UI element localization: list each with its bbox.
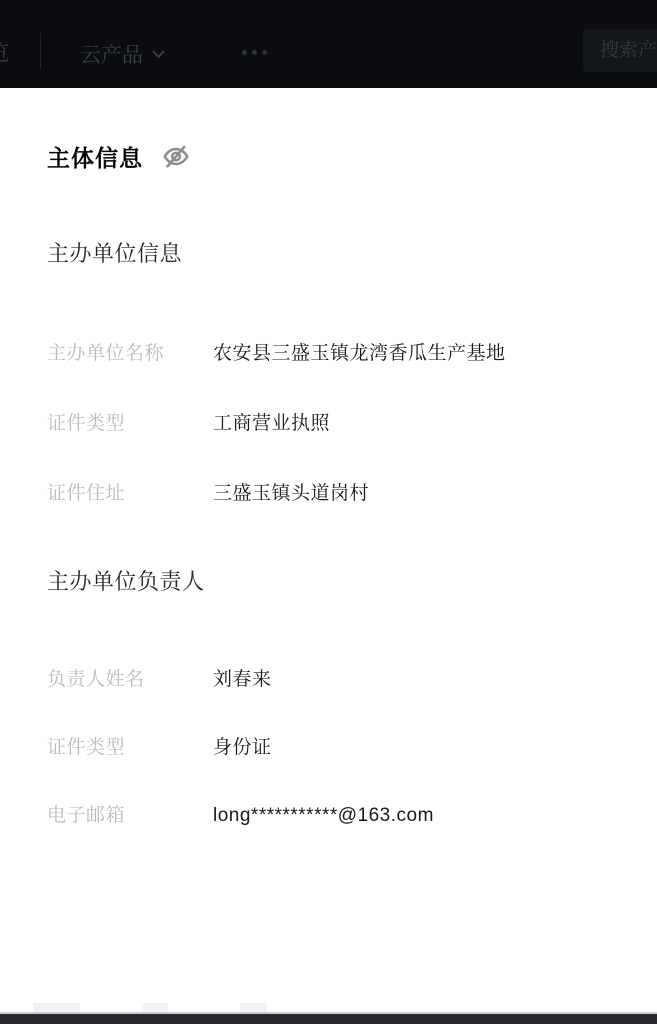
- row-value: 三盛玉镇头道岗村: [213, 481, 369, 507]
- nav-item-cloud-products[interactable]: 云产品: [80, 39, 165, 69]
- footer-bar: [0, 1014, 657, 1024]
- row-label: 主办单位名称: [47, 341, 213, 367]
- nav-item-partial[interactable]: 览: [0, 37, 9, 67]
- row-label: 证件住址: [47, 481, 213, 507]
- info-row-person-certificate-type: 证件类型 身份证: [47, 735, 627, 761]
- section-heading-organizer-info: 主办单位信息: [47, 237, 182, 268]
- info-row-certificate-type: 证件类型 工商营业执照: [47, 411, 627, 437]
- ellipsis-icon[interactable]: [242, 50, 267, 55]
- toggle-visibility-button[interactable]: [162, 144, 190, 169]
- footer-placeholder: [143, 1003, 168, 1012]
- search-input[interactable]: [583, 29, 657, 72]
- search-box[interactable]: [583, 29, 657, 72]
- row-value: 身份证: [213, 735, 272, 761]
- eye-off-icon: [162, 144, 190, 169]
- ellipsis-dot: [262, 50, 267, 55]
- info-row-certificate-address: 证件住址 三盛玉镇头道岗村: [47, 481, 627, 507]
- ellipsis-dot: [252, 50, 257, 55]
- footer-placeholder: [240, 1003, 267, 1012]
- info-row-email: 电子邮箱 long***********@163.com: [47, 803, 627, 829]
- ellipsis-dot: [242, 50, 247, 55]
- nav-item-cloud-products-label: 云产品: [80, 39, 143, 69]
- page-title-row: 主体信息: [47, 140, 190, 173]
- row-label: 电子邮箱: [47, 803, 213, 829]
- row-value: 刘春来: [213, 667, 272, 693]
- section-heading-person-in-charge: 主办单位负责人: [47, 565, 205, 596]
- row-label: 证件类型: [47, 735, 213, 761]
- nav-divider: [40, 33, 41, 69]
- info-row-person-name: 负责人姓名 刘春来: [47, 667, 627, 693]
- chevron-down-icon: [152, 50, 165, 59]
- footer-placeholder: [33, 1003, 80, 1012]
- row-value: long***********@163.com: [213, 803, 434, 829]
- info-row-organizer-name: 主办单位名称 农安县三盛玉镇龙湾香瓜生产基地: [47, 341, 627, 367]
- screen: 览 云产品 主体信息: [0, 0, 657, 1024]
- row-value: 工商营业执照: [213, 411, 330, 437]
- row-label: 负责人姓名: [47, 667, 213, 693]
- row-label: 证件类型: [47, 411, 213, 437]
- top-navbar: 览 云产品: [0, 0, 657, 88]
- row-value: 农安县三盛玉镇龙湾香瓜生产基地: [213, 341, 506, 367]
- page-title: 主体信息: [47, 140, 143, 173]
